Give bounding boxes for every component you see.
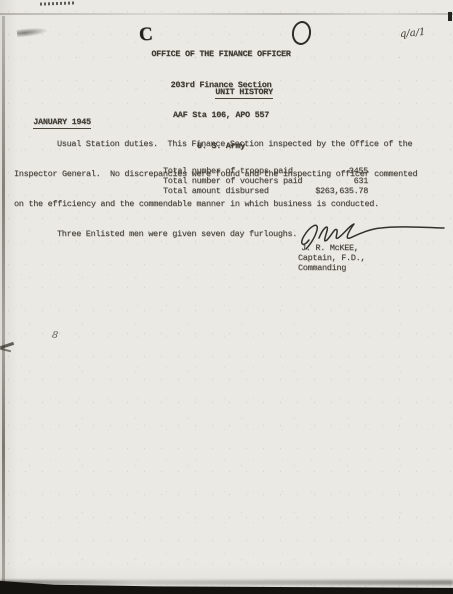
total-troops-label: Total number of troops paid — [163, 166, 293, 176]
document-title-text: UNIT HISTORY — [215, 87, 273, 99]
margin-pencil-mark: 8 — [51, 330, 58, 342]
pencil-scribble-mark — [40, 1, 76, 5]
letterhead-office-line: OFFICE OF THE FINANCE OFFICER — [110, 49, 332, 60]
bottom-scan-smear — [0, 580, 453, 585]
top-crease-line — [0, 13, 453, 15]
total-vouchers-value: 631 — [280, 176, 368, 186]
scan-edge-mark — [448, 12, 452, 21]
scanned-page: C q/a/1 OFFICE OF THE FINANCE OFFICER 20… — [0, 0, 453, 594]
document-title: UNIT HISTORY — [196, 77, 273, 107]
total-disbursed-label: Total amount disbursed — [163, 186, 269, 196]
total-disbursed-value: $263,635.78 — [280, 186, 368, 196]
signature-position-line: Commanding — [298, 263, 346, 273]
body-line: Usual Station duties. This Finance Secti… — [14, 139, 446, 149]
handwritten-corner-annotation: q/a/1 — [399, 27, 425, 40]
corner-annotation-text: q/a/1 — [399, 27, 425, 40]
pencil-smudge — [17, 26, 48, 37]
signature-rank-line: Captain, F.D., — [298, 253, 365, 263]
total-troops-value: 3455 — [280, 166, 368, 176]
body-line: on the efficiency and the commendable ma… — [14, 199, 446, 209]
left-binding-crease — [2, 16, 5, 594]
signature-typed-name: J. R. McKEE, — [301, 243, 359, 253]
